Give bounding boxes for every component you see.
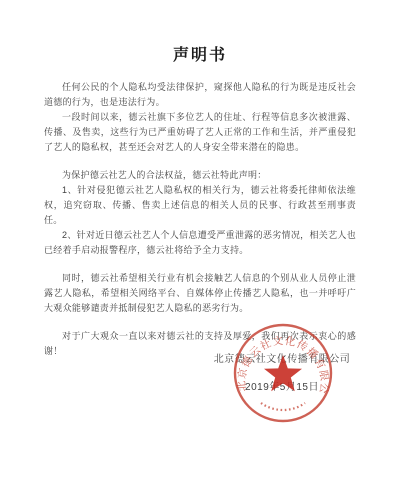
company-name: 北京德云社文化传播有限公司 [212, 350, 352, 365]
document-title: 声明书 [0, 42, 400, 65]
signature-date: 2019年5月15日 [212, 378, 352, 393]
paragraph-background: 一段时间以来，德云社旗下多位艺人的住址、行程等信息多次被泄露、传播、及售卖，这些… [44, 110, 356, 155]
paragraph-appeal: 同时，德云社希望相关行业有机会接触艺人信息的个别从业人员停止泄露艺人隐私，希望相… [44, 271, 356, 316]
signature-block: 北京德云社文化传播有限公司 2019年5月15日 [212, 350, 352, 393]
document-body: 任何公民的个人隐私均受法律保护，窥探他人隐私的行为既是违反社会道德的行为，也是违… [44, 80, 356, 359]
paragraph-declaration: 为保护德云社艺人的合法权益，德云社特此声明： [44, 168, 356, 183]
paragraph-item-1: 1、针对侵犯德云社艺人隐私权的相关行为，德云社将委托律师依法维权，追究窃取、传播… [44, 183, 356, 228]
paragraph-item-2: 2、针对近日德云社艺人个人信息遭受严重泄露的恶劣情况，相关艺人也已经着手启动报警… [44, 228, 356, 258]
paragraph-intro: 任何公民的个人隐私均受法律保护，窥探他人隐私的行为既是违反社会道德的行为，也是违… [44, 80, 356, 110]
statement-page: 声明书 任何公民的个人隐私均受法律保护，窥探他人隐私的行为既是违反社会道德的行为… [0, 0, 400, 501]
seal-bottom-marks [261, 403, 305, 410]
